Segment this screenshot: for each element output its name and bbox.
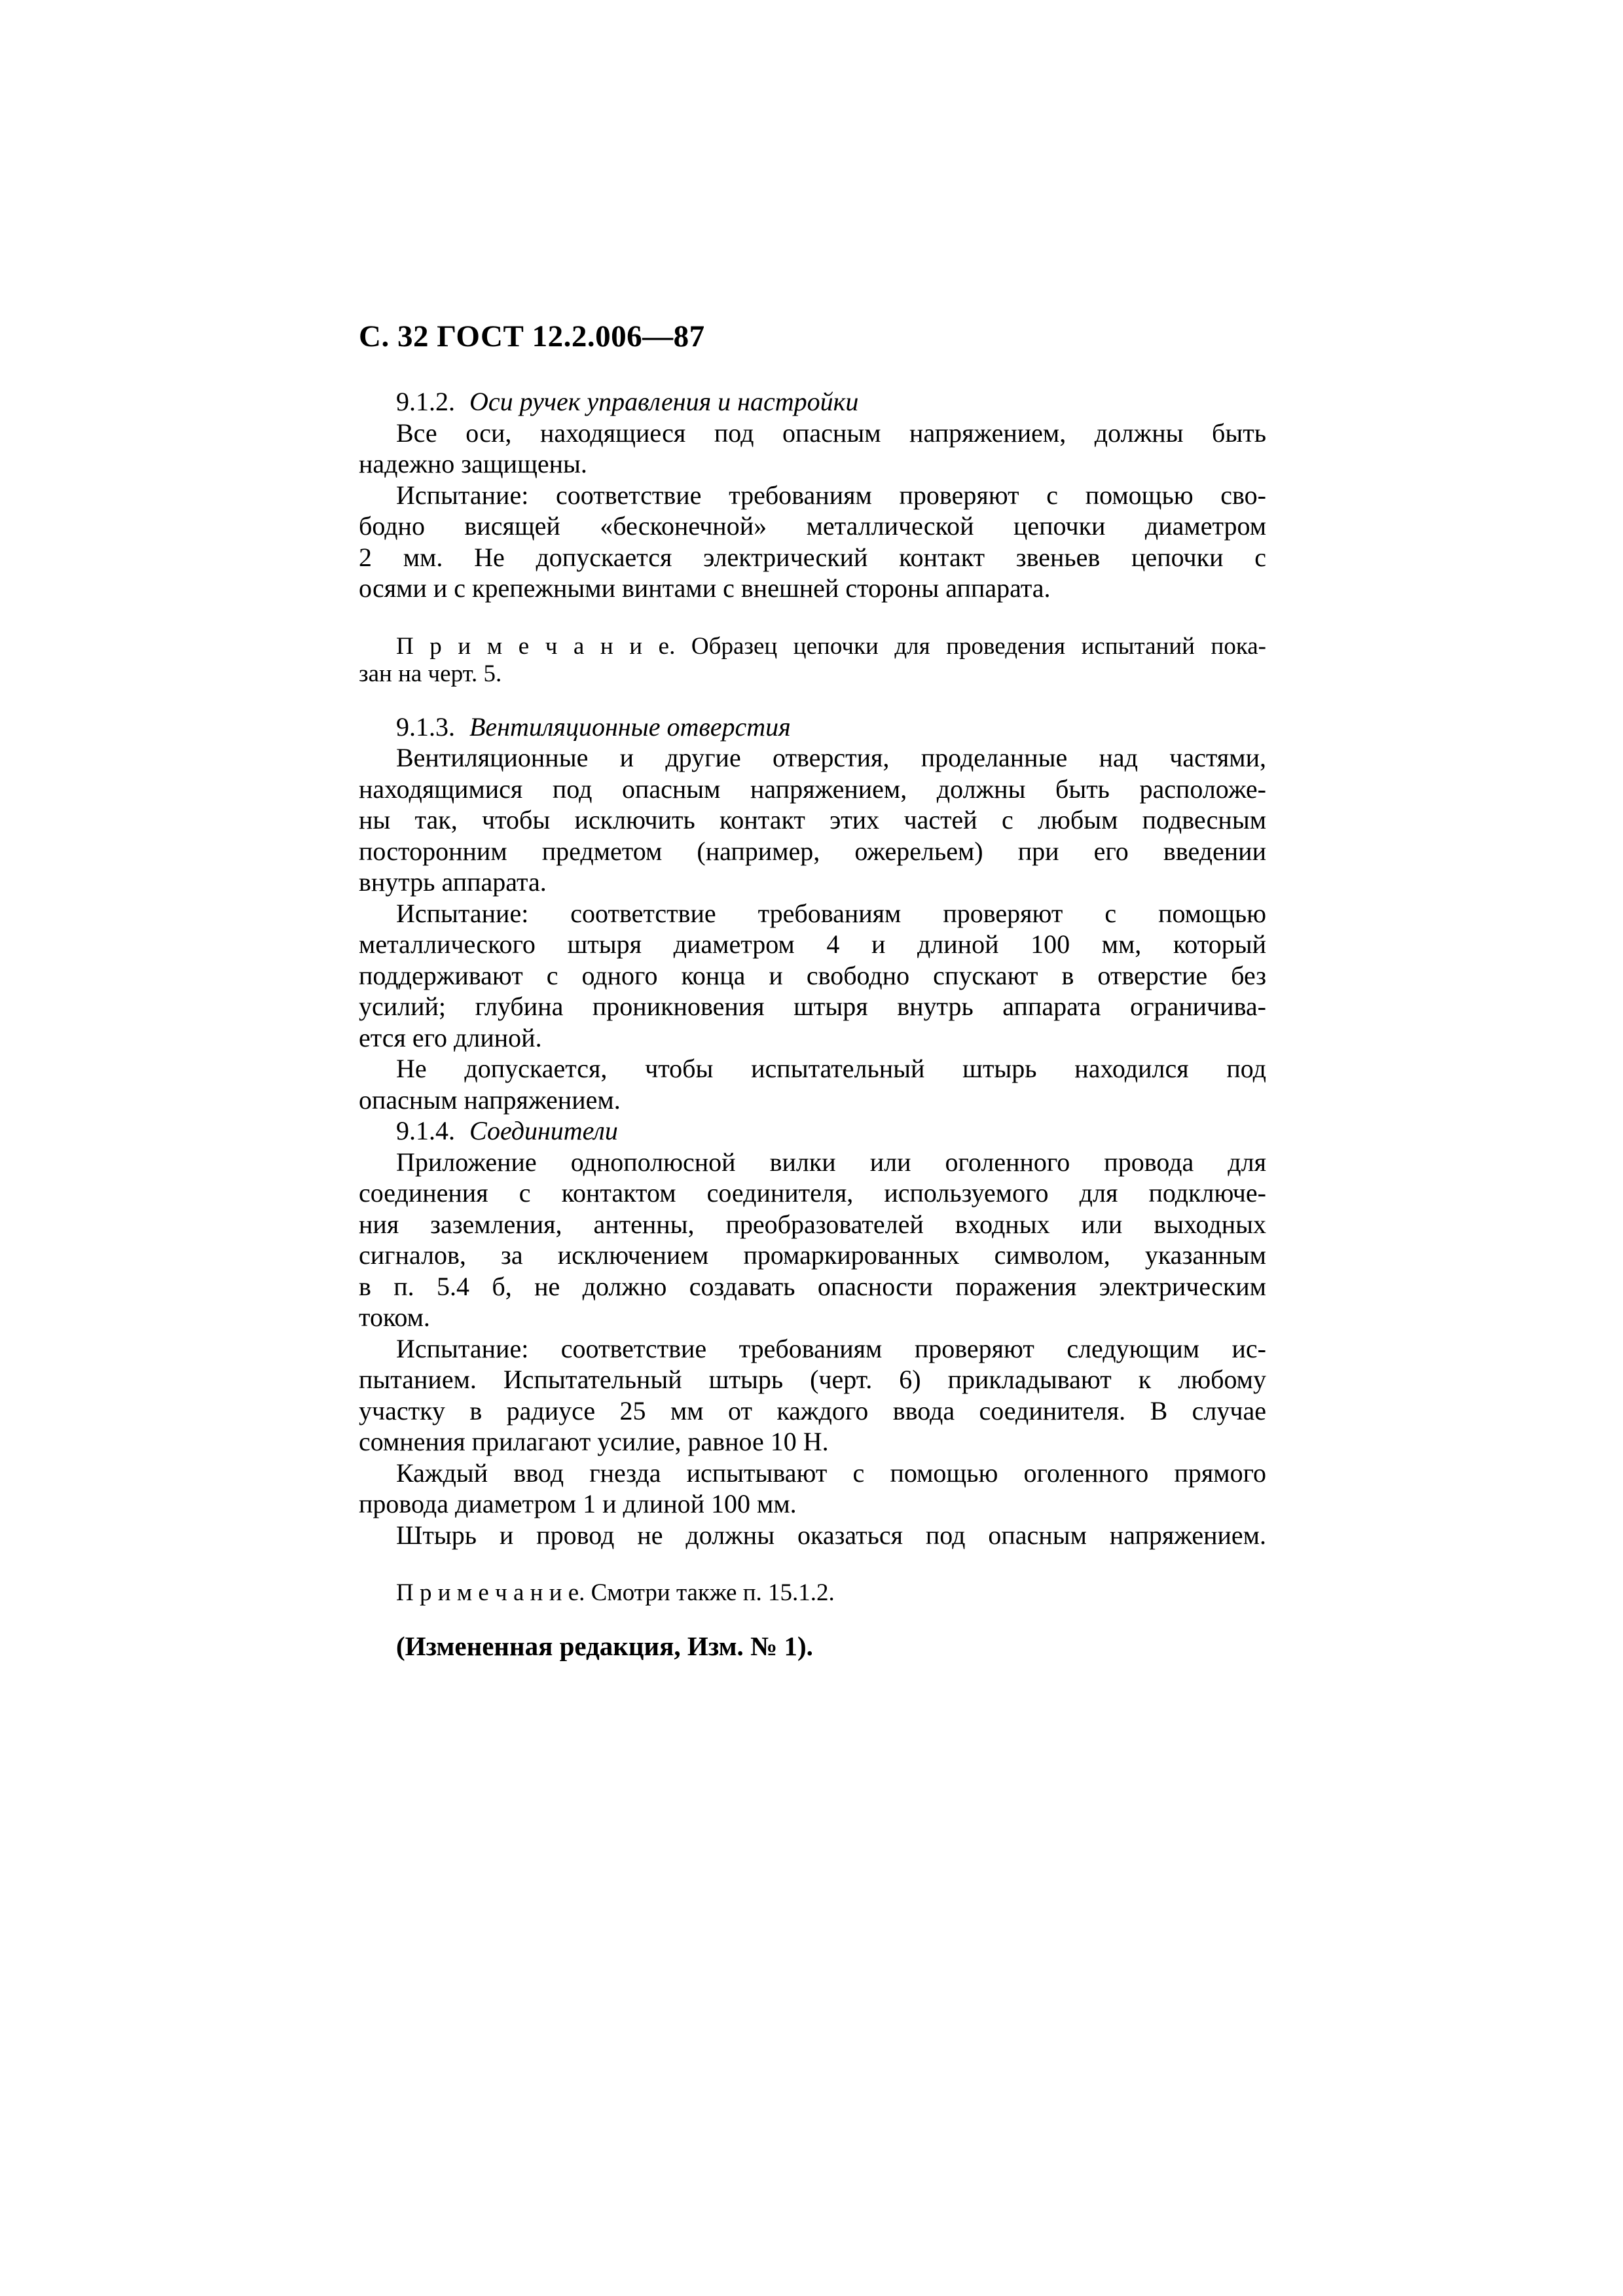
section-heading: 9.1.3.Вентиляционные отверстия (359, 711, 1266, 743)
text-line: ны так, чтобы исключить контакт этих час… (359, 804, 1266, 836)
paragraph: Испытание: соответствие требованиям пров… (359, 898, 1266, 1054)
text-line: Вентиляционные и другие отверстия, проде… (359, 742, 1266, 774)
text-line: Все оси, находящиеся под опасным напряже… (359, 418, 1266, 449)
section-number: 9.1.2. (396, 387, 455, 416)
section-number: 9.1.3. (396, 712, 455, 742)
paragraph: Испытание: соответствие требованиям пров… (359, 1333, 1266, 1458)
text-line: металлического штыря диаметром 4 и длино… (359, 929, 1266, 960)
text-line: зан на черт. 5. (359, 660, 1266, 688)
text-line: П р и м е ч а н и е. Смотри также п. 15.… (359, 1579, 1266, 1607)
paragraph: Штырь и провод не должны оказаться под о… (359, 1520, 1266, 1551)
text-line: внутрь аппарата. (359, 867, 1266, 898)
section-title: Вентиляционные отверстия (469, 712, 791, 742)
text-line: в п. 5.4 б, не должно создавать опасност… (359, 1271, 1266, 1302)
text-line: провода диаметром 1 и длиной 100 мм. (359, 1488, 1266, 1520)
text-column: С. 32 ГОСТ 12.2.006—87 9.1.2.Оси ручек у… (359, 318, 1266, 1662)
page-header: С. 32 ГОСТ 12.2.006—87 (359, 318, 1266, 355)
section-heading: 9.1.2.Оси ручек управления и настройки (359, 386, 1266, 418)
text-line: бодно висящей «бесконечной» металлическо… (359, 511, 1266, 542)
text-line: ется его длиной. (359, 1022, 1266, 1054)
text-line: Штырь и провод не должны оказаться под о… (359, 1520, 1266, 1551)
paragraph: Испытание: соответствие требованиям пров… (359, 480, 1266, 604)
document-body: 9.1.2.Оси ручек управления и настройкиВс… (359, 386, 1266, 1662)
note-block: П р и м е ч а н и е. Смотри также п. 15.… (359, 1579, 1266, 1607)
text-line: находящимися под опасным напряжением, до… (359, 774, 1266, 805)
text-line: поддерживают с одного конца и свободно с… (359, 960, 1266, 992)
paragraph: Приложение однополюсной вилки или оголен… (359, 1147, 1266, 1333)
section-title: Оси ручек управления и настройки (469, 387, 858, 416)
text-line: усилий; глубина проникновения штыря внут… (359, 991, 1266, 1022)
text-line: Испытание: соответствие требованиям пров… (359, 480, 1266, 511)
revision-note: (Измененная редакция, Изм. № 1). (359, 1630, 1266, 1662)
paragraph: Вентиляционные и другие отверстия, проде… (359, 742, 1266, 898)
text-line: сомнения прилагают усилие, равное 10 Н. (359, 1426, 1266, 1458)
text-line: надежно защищены. (359, 448, 1266, 480)
text-line: сигналов, за исключением промаркированны… (359, 1240, 1266, 1271)
text-line: посторонним предметом (например, ожерель… (359, 836, 1266, 867)
text-line: Испытание: соответствие требованиям пров… (359, 1333, 1266, 1365)
text-line: Не допускается, чтобы испытательный штыр… (359, 1053, 1266, 1085)
paragraph: Каждый ввод гнезда испытывают с помощью … (359, 1458, 1266, 1520)
text-line: пытанием. Испытательный штырь (черт. 6) … (359, 1364, 1266, 1395)
text-line: током. (359, 1302, 1266, 1333)
text-line: опасным напряжением. (359, 1085, 1266, 1116)
paragraph: Все оси, находящиеся под опасным напряже… (359, 418, 1266, 480)
text-line: ния заземления, антенны, преобразователе… (359, 1209, 1266, 1240)
note-block: П р и м е ч а н и е. Образец цепочки для… (359, 633, 1266, 688)
text-line: соединения с контактом соединителя, испо… (359, 1177, 1266, 1209)
text-line: осями и с крепежными винтами с внешней с… (359, 573, 1266, 604)
text-line: Приложение однополюсной вилки или оголен… (359, 1147, 1266, 1178)
paragraph: Не допускается, чтобы испытательный штыр… (359, 1053, 1266, 1115)
section-heading: 9.1.4.Соединители (359, 1115, 1266, 1147)
text-line: участку в радиусе 25 мм от каждого ввода… (359, 1395, 1266, 1427)
page: С. 32 ГОСТ 12.2.006—87 9.1.2.Оси ручек у… (0, 0, 1623, 2296)
section-title: Соединители (469, 1116, 618, 1145)
text-line: Каждый ввод гнезда испытывают с помощью … (359, 1458, 1266, 1489)
text-line: 2 мм. Не допускается электрический конта… (359, 542, 1266, 573)
text-line: П р и м е ч а н и е. Образец цепочки для… (359, 633, 1266, 660)
text-line: Испытание: соответствие требованиям пров… (359, 898, 1266, 929)
section-number: 9.1.4. (396, 1116, 455, 1145)
